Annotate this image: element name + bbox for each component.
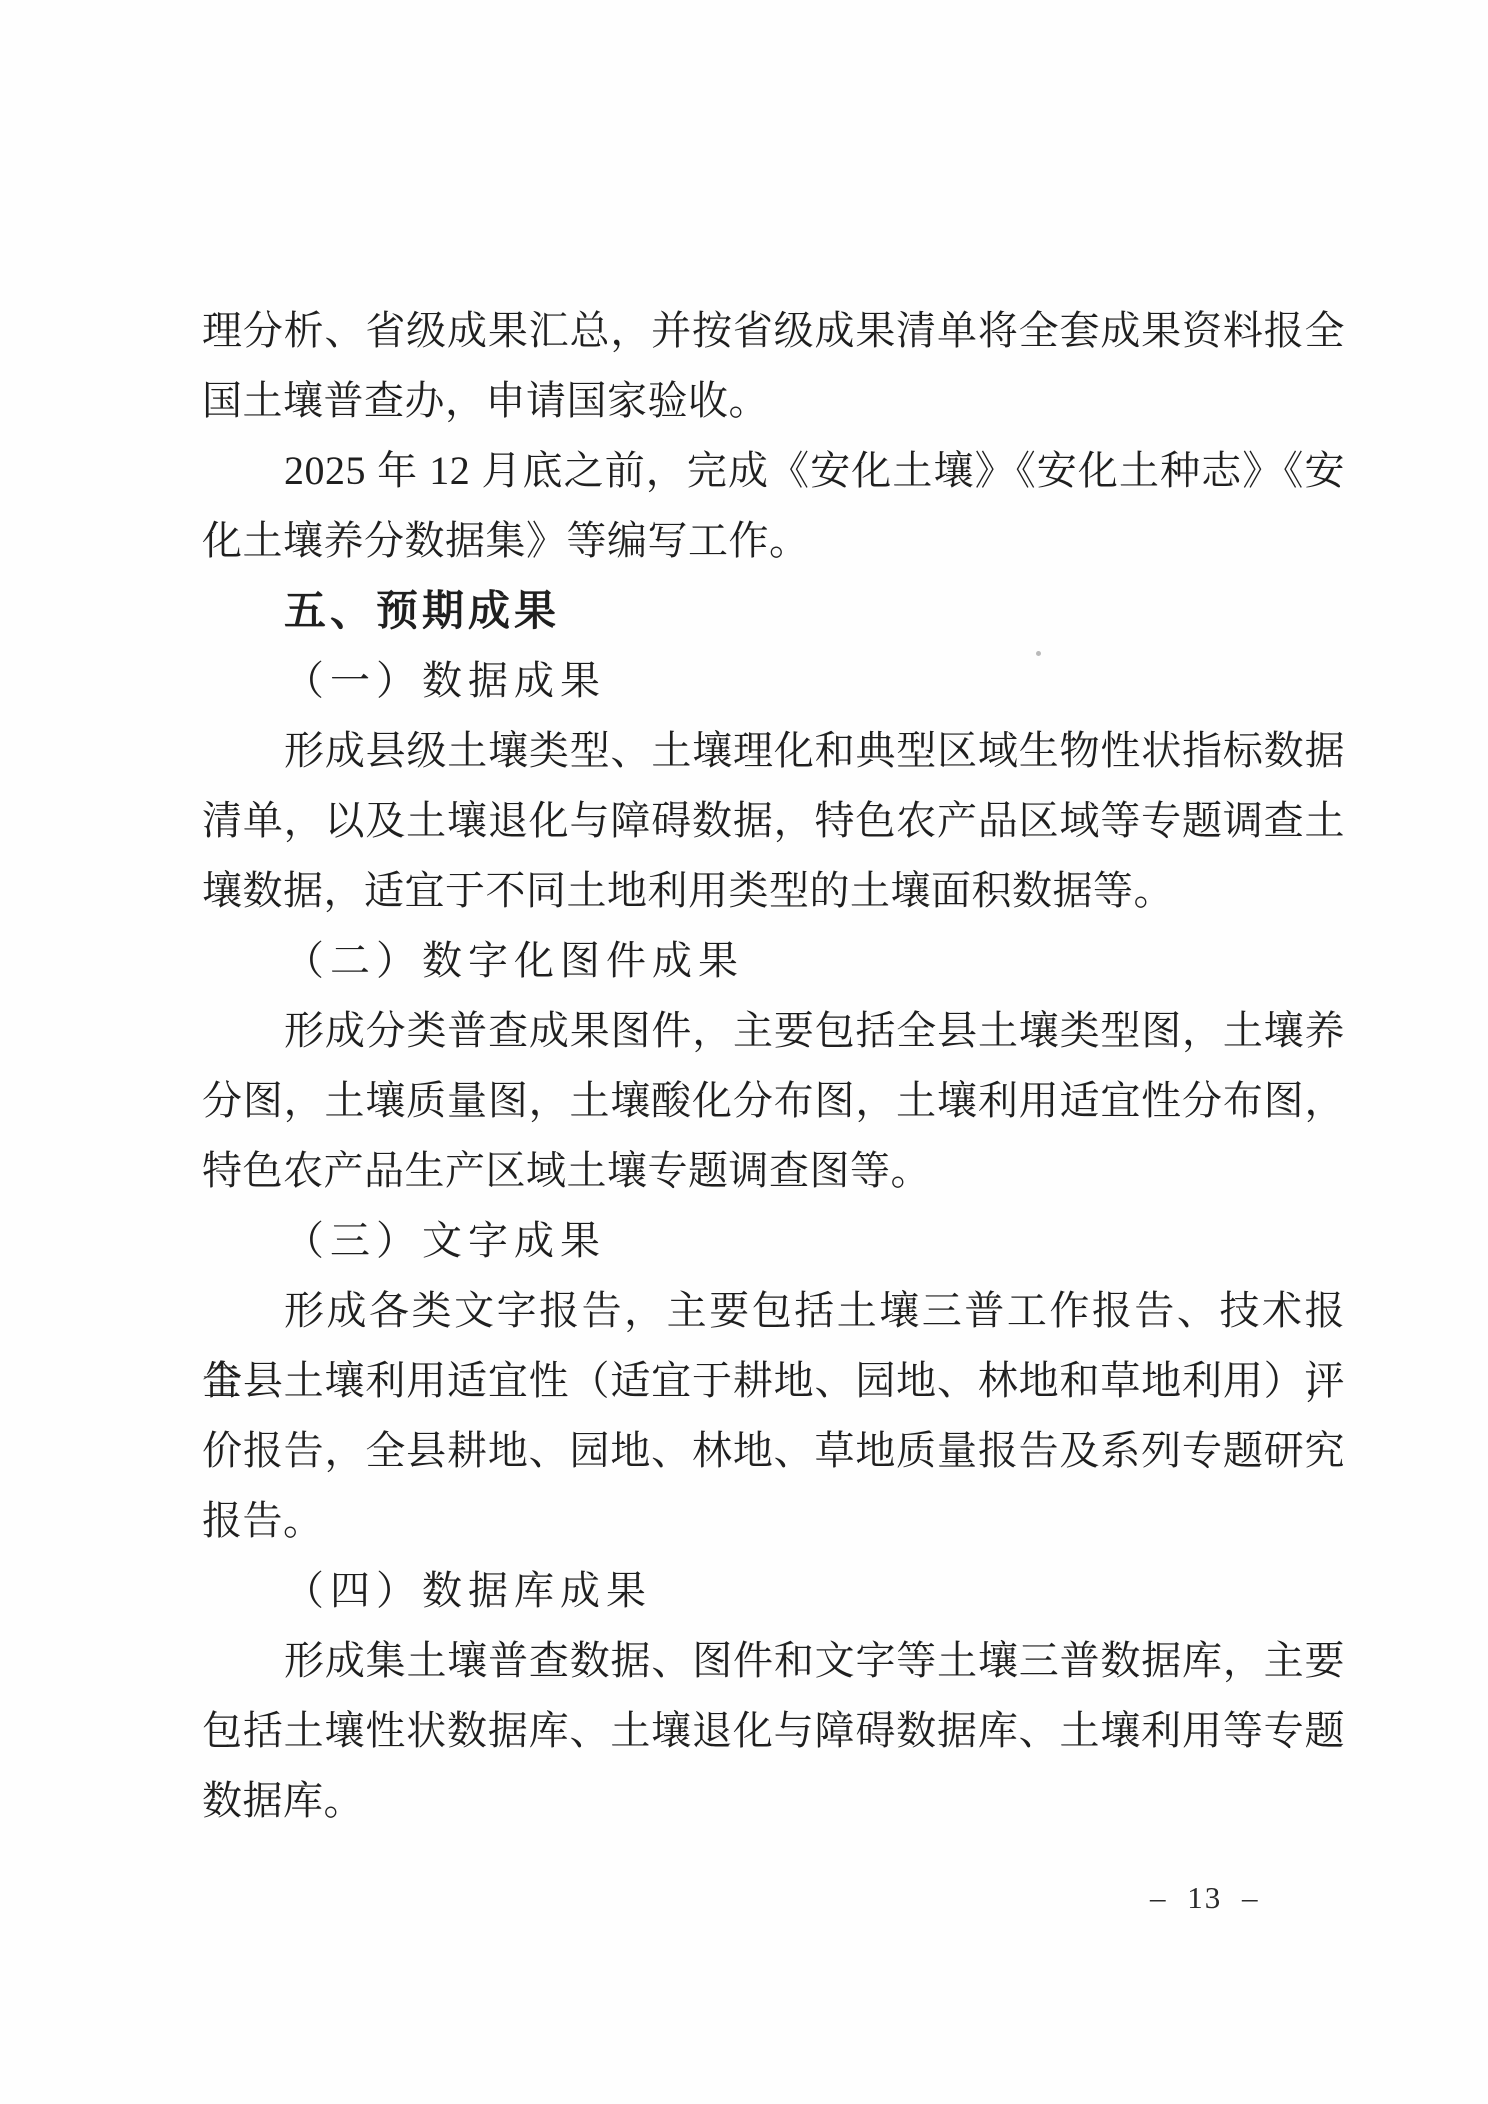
text-line: 形成各类文字报告，主要包括土壤三普工作报告、技术报告， — [202, 1276, 1345, 1346]
text-line: 数据库。 — [202, 1766, 1345, 1836]
text-line: 理分析、省级成果汇总，并按省级成果清单将全套成果资料报全 — [202, 296, 1345, 366]
text-line: 国土壤普查办，申请国家验收。 — [202, 366, 1345, 436]
document-page: 理分析、省级成果汇总，并按省级成果清单将全套成果资料报全 国土壤普查办，申请国家… — [0, 0, 1488, 2104]
subsection-heading: （四）数据库成果 — [202, 1556, 1345, 1626]
text-line: 全县土壤利用适宜性（适宜于耕地、园地、林地和草地利用）评 — [202, 1346, 1345, 1416]
scan-artifact-dot — [1036, 651, 1041, 656]
section-heading: 五、预期成果 — [202, 576, 1345, 646]
subsection-heading: （三）文字成果 — [202, 1206, 1345, 1276]
text-line: 2025 年 12 月底之前，完成《安化土壤》《安化土种志》《安 — [202, 436, 1345, 506]
page-number: – 13 – — [1150, 1880, 1260, 1916]
text-line: 特色农产品生产区域土壤专题调查图等。 — [202, 1136, 1345, 1206]
text-line: 壤数据，适宜于不同土地利用类型的土壤面积数据等。 — [202, 856, 1345, 926]
subsection-heading: （一）数据成果 — [202, 646, 1345, 716]
document-text-block: 理分析、省级成果汇总，并按省级成果清单将全套成果资料报全 国土壤普查办，申请国家… — [202, 296, 1345, 1836]
text-line: 化土壤养分数据集》等编写工作。 — [202, 506, 1345, 576]
text-line: 报告。 — [202, 1486, 1345, 1556]
text-line: 形成集土壤普查数据、图件和文字等土壤三普数据库，主要 — [202, 1626, 1345, 1696]
text-line: 形成分类普查成果图件，主要包括全县土壤类型图，土壤养 — [202, 996, 1345, 1066]
text-line: 清单，以及土壤退化与障碍数据，特色农产品区域等专题调查土 — [202, 786, 1345, 856]
text-line: 价报告，全县耕地、园地、林地、草地质量报告及系列专题研究 — [202, 1416, 1345, 1486]
text-line: 分图，土壤质量图，土壤酸化分布图，土壤利用适宜性分布图， — [202, 1066, 1345, 1136]
subsection-heading: （二）数字化图件成果 — [202, 926, 1345, 996]
text-line: 包括土壤性状数据库、土壤退化与障碍数据库、土壤利用等专题 — [202, 1696, 1345, 1766]
text-line: 形成县级土壤类型、土壤理化和典型区域生物性状指标数据 — [202, 716, 1345, 786]
